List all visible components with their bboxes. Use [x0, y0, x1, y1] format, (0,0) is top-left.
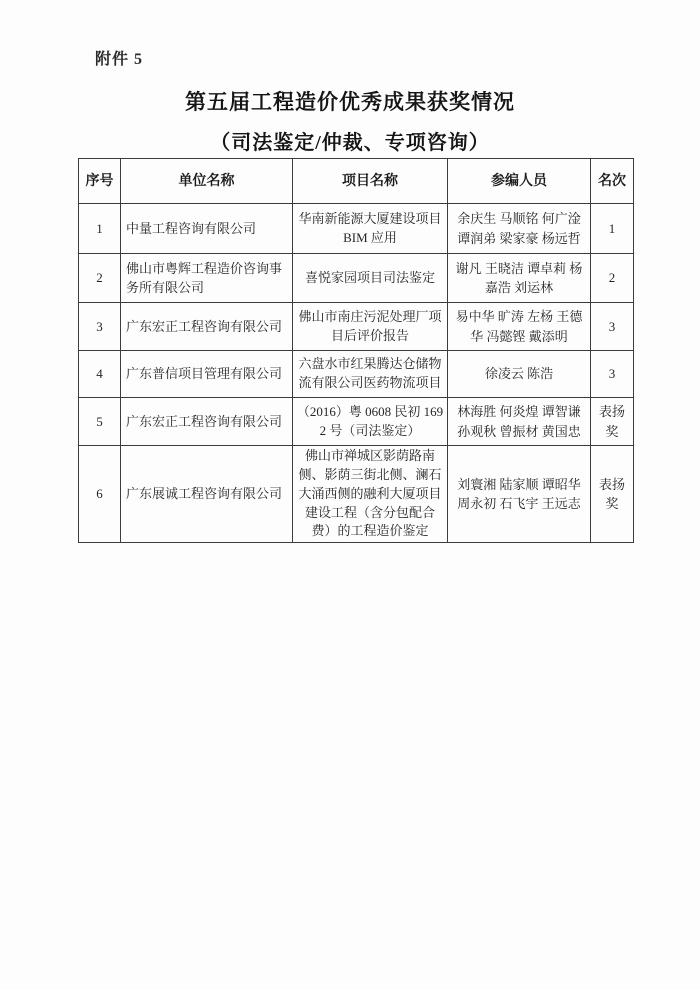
attachment-label: 附件 5: [95, 46, 143, 69]
cell-project: 佛山市南庄污泥处理厂项目后评价报告: [293, 303, 448, 351]
cell-no: 3: [79, 303, 121, 351]
cell-rank: 3: [591, 303, 634, 351]
document-page: 附件 5 第五届工程造价优秀成果获奖情况 （司法鉴定/仲裁、专项咨询） 序号 单…: [0, 0, 700, 990]
header-company: 单位名称: [121, 159, 293, 204]
table-row: 1 中量工程咨询有限公司 华南新能源大厦建设项目 BIM 应用 余庆生 马顺铭 …: [79, 204, 634, 254]
header-no: 序号: [79, 159, 121, 204]
cell-company: 佛山市粤辉工程造价咨询事务所有限公司: [121, 254, 293, 303]
header-people: 参编人员: [448, 159, 591, 204]
cell-project: 六盘水市红果腾达仓储物流有限公司医药物流项目: [293, 351, 448, 398]
cell-people: 易中华 旷涛 左杨 王德华 冯懿铿 戴添明: [448, 303, 591, 351]
cell-people: 刘寰湘 陆家顺 谭昭华 周永初 石飞宇 王远志: [448, 446, 591, 543]
table-row: 4 广东普信项目管理有限公司 六盘水市红果腾达仓储物流有限公司医药物流项目 徐凌…: [79, 351, 634, 398]
table-row: 6 广东展诚工程咨询有限公司 佛山市禅城区影荫路南侧、影荫三街北侧、澜石大涌西侧…: [79, 446, 634, 543]
table-header-row: 序号 单位名称 项目名称 参编人员 名次: [79, 159, 634, 204]
page-title: 第五届工程造价优秀成果获奖情况: [0, 86, 700, 116]
cell-company: 广东展诚工程咨询有限公司: [121, 446, 293, 543]
cell-company: 中量工程咨询有限公司: [121, 204, 293, 254]
cell-no: 6: [79, 446, 121, 543]
cell-rank: 表扬奖: [591, 398, 634, 446]
cell-rank: 1: [591, 204, 634, 254]
cell-rank: 表扬奖: [591, 446, 634, 543]
cell-no: 4: [79, 351, 121, 398]
cell-people: 余庆生 马顺铭 何广淦 谭润弟 梁家豪 杨远哲: [448, 204, 591, 254]
header-project: 项目名称: [293, 159, 448, 204]
awards-table: 序号 单位名称 项目名称 参编人员 名次 1 中量工程咨询有限公司 华南新能源大…: [78, 158, 634, 543]
cell-no: 5: [79, 398, 121, 446]
header-rank: 名次: [591, 159, 634, 204]
cell-no: 2: [79, 254, 121, 303]
table-row: 5 广东宏正工程咨询有限公司 （2016）粤 0608 民初 1692 号（司法…: [79, 398, 634, 446]
cell-no: 1: [79, 204, 121, 254]
cell-project: 华南新能源大厦建设项目 BIM 应用: [293, 204, 448, 254]
cell-rank: 2: [591, 254, 634, 303]
cell-rank: 3: [591, 351, 634, 398]
table-row: 3 广东宏正工程咨询有限公司 佛山市南庄污泥处理厂项目后评价报告 易中华 旷涛 …: [79, 303, 634, 351]
cell-company: 广东宏正工程咨询有限公司: [121, 398, 293, 446]
cell-people: 林海胜 何炎煌 谭智谦 孙观秋 曾振材 黄国忠: [448, 398, 591, 446]
cell-project: 喜悦家园项目司法鉴定: [293, 254, 448, 303]
cell-people: 徐凌云 陈浩: [448, 351, 591, 398]
cell-people: 谢凡 王晓洁 谭卓莉 杨嘉浩 刘运林: [448, 254, 591, 303]
table-row: 2 佛山市粤辉工程造价咨询事务所有限公司 喜悦家园项目司法鉴定 谢凡 王晓洁 谭…: [79, 254, 634, 303]
cell-company: 广东普信项目管理有限公司: [121, 351, 293, 398]
cell-company: 广东宏正工程咨询有限公司: [121, 303, 293, 351]
cell-project: 佛山市禅城区影荫路南侧、影荫三街北侧、澜石大涌西侧的融利大厦项目建设工程（含分包…: [293, 446, 448, 543]
page-subtitle: （司法鉴定/仲裁、专项咨询）: [0, 126, 700, 155]
cell-project: （2016）粤 0608 民初 1692 号（司法鉴定）: [293, 398, 448, 446]
